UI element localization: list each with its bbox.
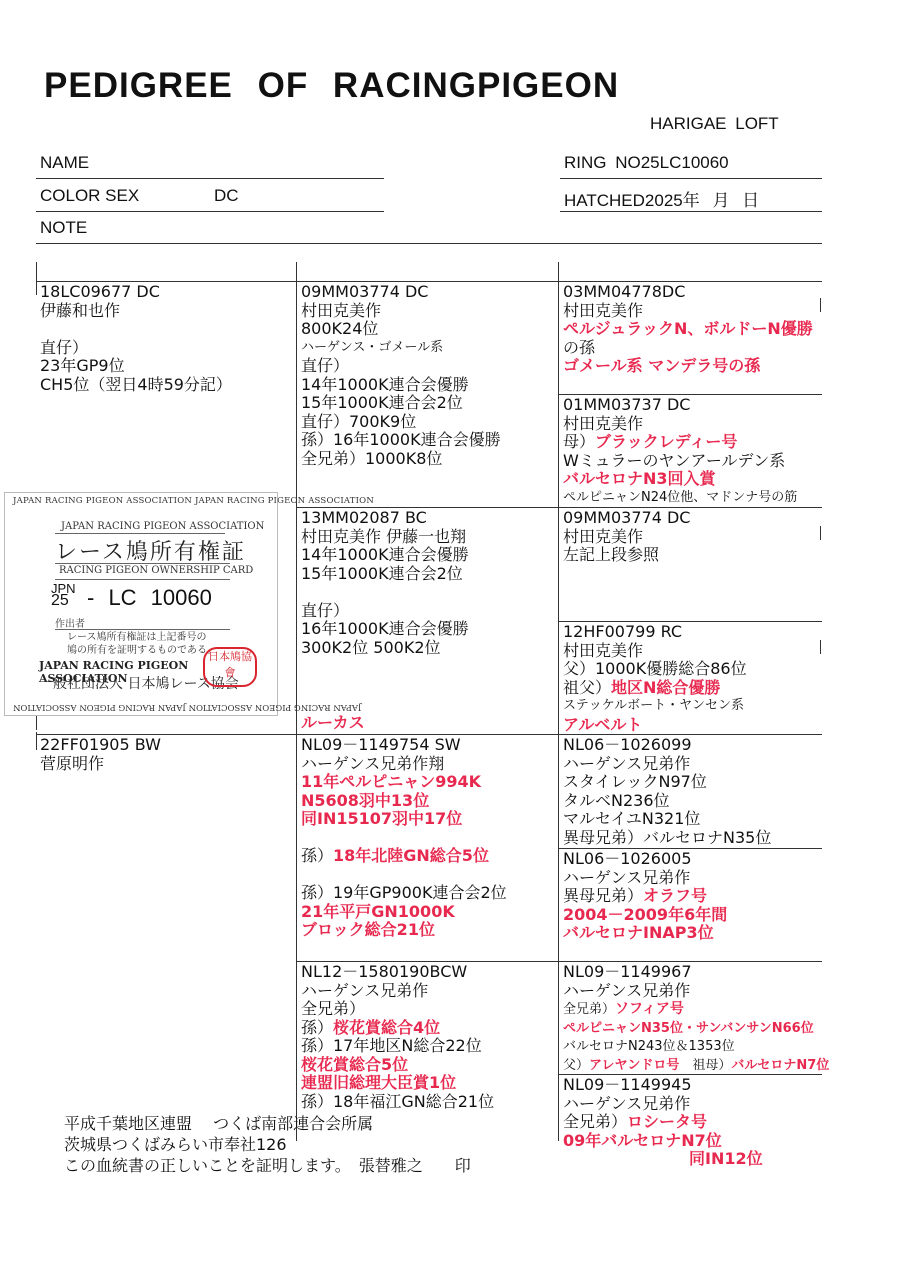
ring: 09MM03774 DC [563, 509, 690, 528]
text-line: 全兄弟）ソフィア号 [563, 1000, 829, 1020]
ring-number: RING NO25LC10060 [564, 153, 729, 173]
ds-sire-cell: NL06－1026099 ハーゲンス兄弟作 スタイレックN97位 タルベN236… [563, 736, 771, 847]
sire-breeder: 伊藤和也作 [40, 302, 232, 321]
text-small: ペルピニャンN24位他、マドンナ号の筋 [563, 489, 797, 508]
name-label: NAME [40, 153, 89, 173]
highlight: 11年ペルピニャン994K [301, 773, 507, 792]
text: の孫 [563, 339, 813, 358]
text: 全兄弟）1000K8位 [301, 450, 501, 469]
hatched-underline [560, 211, 822, 212]
highlight: ペルジュラックN、ボルドーN優勝 [563, 320, 813, 339]
prefix: 全兄弟） [563, 1112, 627, 1131]
spacer [301, 583, 469, 602]
highlight: ブラックレディー号 [595, 432, 737, 451]
dam-sire-cell: NL09－1149754 SW ハーゲンス兄弟作翔 11年ペルピニャン994K … [301, 736, 507, 940]
text: Wミュラーのヤンアールデン系 [563, 452, 797, 471]
dam-dam-cell: NL12－1580190BCW ハーゲンス兄弟作 全兄弟） 孫）桜花賞総合4位 … [301, 963, 494, 1111]
text: 左記上段参照 [563, 546, 690, 565]
text: 孫）16年1000K連合会優勝 [301, 431, 501, 450]
text: 15年1000K連合会2位 [301, 565, 469, 584]
ring: 13MM02087 BC [301, 509, 469, 528]
card-ring-number: - LC 10060 [87, 585, 212, 611]
hatched-date: HATCHED2025年 月 日 [564, 186, 759, 211]
ownership-card: JAPAN RACING PIGEON ASSOCIATION JAPAN RA… [4, 492, 278, 716]
highlight: ペルピニャンN35位・サンバンサンN66位 [563, 1020, 829, 1039]
highlight: 桜花賞総合4位 [333, 1018, 440, 1037]
sire-dam-name: ルーカス [301, 714, 365, 733]
ring: 12HF00799 RC [563, 623, 747, 642]
dam-breeder: 菅原明作 [40, 755, 161, 774]
card-rule [55, 563, 230, 564]
card-breeder-label: 作出者 [55, 615, 85, 630]
strain: ステッケルボート・ヤンセン系 [563, 697, 747, 716]
color-value: DC [214, 186, 239, 206]
ring: 03MM04778DC [563, 283, 813, 302]
text: タルベN236位 [563, 792, 771, 811]
highlight: 桜花賞総合5位 [301, 1056, 494, 1075]
text-line: 異母兄弟）オラフ号 [563, 887, 727, 906]
ring: NL06－1026099 [563, 736, 771, 755]
breeder: ハーゲンス兄弟作 [563, 1095, 763, 1114]
ring: NL12－1580190BCW [301, 963, 494, 982]
card-note-line: レース鳩所有権証は上記番号の [67, 632, 207, 643]
ss-dam-cell: 01MM03737 DC 村田克美作 母）ブラックレディー号 Wミュラーのヤンア… [563, 396, 797, 507]
ring: 09MM03774 DC [301, 283, 501, 302]
breeder: ハーゲンス兄弟作 [563, 869, 727, 888]
text: 14年1000K連合会優勝 [301, 546, 469, 565]
ring: NL09－1149945 [563, 1076, 763, 1095]
ds-dam-cell: NL06－1026005 ハーゲンス兄弟作 異母兄弟）オラフ号 2004－200… [563, 850, 727, 943]
text: 300K2位 500K2位 [301, 639, 469, 658]
highlight: 2004－2009年6年間 [563, 906, 727, 925]
prefix: 全兄弟） [563, 1002, 615, 1017]
card-border-text: JAPAN RACING PIGEON ASSOCIATION JAPAN RA… [13, 702, 361, 712]
highlight: 21年平戸GN1000K [301, 903, 507, 922]
text: 孫）19年GP900K連合会2位 [301, 884, 507, 903]
strain: ハーゲンス・ゴメール系 [301, 339, 501, 358]
sire-text: 23年GP9位 [40, 357, 232, 376]
loft-name: HARIGAE LOFT [650, 114, 779, 134]
grid-line [820, 526, 821, 540]
highlight: 地区N総合優勝 [611, 678, 720, 697]
text: 全兄弟） [301, 1000, 494, 1019]
text-line: 母）ブラックレディー号 [563, 433, 797, 452]
card-rule [55, 629, 230, 630]
pigeon-name: アルベルト [563, 716, 747, 735]
ring: 01MM03737 DC [563, 396, 797, 415]
footer-address: 茨城県つくばみらい市奉社126 [64, 1134, 471, 1155]
highlight: バルセロナINAP3位 [563, 924, 727, 943]
sire-dam-cell: 13MM02087 BC 村田克美作 伊藤一也翔 14年1000K連合会優勝 1… [301, 509, 469, 657]
prefix: 祖父） [563, 678, 611, 697]
text: スタイレックN97位 [563, 773, 771, 792]
card-note: レース鳩所有権証は上記番号の 鳩の所有を証明するものである。 [67, 631, 217, 657]
breeder: 村田克美作 [563, 642, 747, 661]
grid-line [820, 640, 821, 654]
ss-sire-cell: 03MM04778DC 村田克美作 ペルジュラックN、ボルドーN優勝 の孫 ゴメ… [563, 283, 813, 376]
grid-line [558, 281, 559, 1141]
text: 15年1000K連合会2位 [301, 394, 501, 413]
breeder: 村田克美作 伊藤一也翔 [301, 528, 469, 547]
breeder: 村田克美作 [563, 415, 797, 434]
highlight: 連盟旧総理大臣賞1位 [301, 1074, 494, 1093]
highlight: 09年バルセロナN7位 [563, 1132, 763, 1151]
highlight: ロシータ号 [627, 1112, 707, 1131]
card-note-line: 鳩の所有を証明するものである。 [67, 645, 217, 656]
footer-affiliation: 平成千葉地区連盟 つくば南部連合会所属 [64, 1113, 471, 1134]
sire-text: CH5位（翌日4時59分記） [40, 376, 232, 395]
sire-ring: 18LC09677 DC [40, 283, 232, 302]
grid-line [36, 714, 37, 730]
sd-sire-cell: 09MM03774 DC 村田克美作 左記上段参照 [563, 509, 690, 565]
text: バルセロナN243位＆1353位 [563, 1038, 829, 1057]
breeder: 村田克美作 [563, 528, 690, 547]
text-line: 全兄弟）ロシータ号 [563, 1113, 763, 1132]
highlight: アレヤンドロ号 [589, 1058, 679, 1073]
text: 直仔）700K9位 [301, 413, 501, 432]
card-title-en: RACING PIGEON OWNERSHIP CARD [59, 565, 253, 576]
text-line: 孫）18年北陸GN総合5位 [301, 847, 507, 866]
text-line: 祖父）地区N総合優勝 [563, 679, 747, 698]
card-border-text: JAPAN RACING PIGEON ASSOCIATION JAPAN RA… [13, 496, 374, 506]
text: 孫）17年地区N総合22位 [301, 1037, 494, 1056]
spacer [301, 866, 507, 885]
card-year: 25 [51, 592, 69, 609]
breeder: 村田克美作 [563, 302, 813, 321]
breeder: ハーゲンス兄弟作 [563, 982, 829, 1001]
dam-ring: 22FF01905 BW [40, 736, 161, 755]
ring-underline [560, 178, 822, 179]
prefix: 異母兄弟） [563, 886, 643, 905]
highlight: ブロック総合21位 [301, 921, 507, 940]
highlight: バルセロナN7位 [731, 1058, 829, 1073]
spacer [40, 320, 232, 339]
grid-line [820, 298, 821, 312]
card-rule [55, 533, 225, 534]
footer: 平成千葉地区連盟 つくば南部連合会所属 茨城県つくばみらい市奉社126 この血統… [64, 1113, 471, 1176]
color-sex-label: COLOR SEX [40, 186, 139, 206]
card-title-jp: レース鳩所有権証 [55, 535, 246, 566]
highlight: バルセロナN3回入賞 [563, 470, 797, 489]
text: 父）1000K優勝総合86位 [563, 660, 747, 679]
prefix: 父） [563, 1058, 589, 1073]
text: 直仔） [301, 602, 469, 621]
highlight: ゴメール系 マンデラ号の孫 [563, 357, 813, 376]
spacer [301, 829, 507, 848]
note-underline [36, 243, 822, 244]
color-underline [36, 211, 384, 212]
card-assoc-en: JAPAN RACING PIGEON ASSOCIATION [61, 521, 264, 532]
dd-dam-cell: NL09－1149945 ハーゲンス兄弟作 全兄弟）ロシータ号 09年バルセロナ… [563, 1076, 763, 1169]
text: 異母兄弟）バルセロナN35位 [563, 829, 771, 848]
breeder: 村田克美作 [301, 302, 501, 321]
breeder: ハーゲンス兄弟作 [563, 755, 771, 774]
sd-dam-cell: 12HF00799 RC 村田克美作 父）1000K優勝総合86位 祖父）地区N… [563, 623, 747, 734]
dam-cell: 22FF01905 BW 菅原明作 [40, 736, 161, 773]
highlight: 同IN12位 [563, 1150, 763, 1169]
highlight: 同IN15107羽中17位 [301, 810, 507, 829]
text: 直仔） [301, 357, 501, 376]
ring: NL09－1149754 SW [301, 736, 507, 755]
text: 800K24位 [301, 320, 501, 339]
prefix: 孫） [301, 1018, 333, 1037]
card-rule [55, 579, 230, 580]
footer-certification: この血統書の正しいことを証明します。 張替雅之 印 [64, 1155, 471, 1176]
text: 16年1000K連合会優勝 [301, 620, 469, 639]
highlight: N5608羽中13位 [301, 792, 507, 811]
breeder: ハーゲンス兄弟作 [301, 982, 494, 1001]
card-jpn: JPN 25 [51, 583, 76, 607]
text: 14年1000K連合会優勝 [301, 376, 501, 395]
seal-stamp: 日本鳩協會 [203, 647, 257, 687]
note-label: NOTE [40, 218, 87, 238]
prefix: 祖母） [679, 1058, 731, 1073]
text: 孫）18年福江GN総合21位 [301, 1093, 494, 1112]
prefix: 孫） [301, 846, 333, 865]
highlight: オラフ号 [643, 886, 707, 905]
sire-sire-cell: 09MM03774 DC 村田克美作 800K24位 ハーゲンス・ゴメール系 直… [301, 283, 501, 468]
highlight: 18年北陸GN総合5位 [333, 846, 489, 865]
prefix: 母） [563, 432, 595, 451]
ring: NL09－1149967 [563, 963, 829, 982]
dd-sire-cell: NL09－1149967 ハーゲンス兄弟作 全兄弟）ソフィア号 ペルピニャンN3… [563, 963, 829, 1075]
sire-cell: 18LC09677 DC 伊藤和也作 直仔） 23年GP9位 CH5位（翌日4時… [40, 283, 232, 394]
sire-text: 直仔） [40, 339, 232, 358]
text-line: 父）アレヤンドロ号 祖母）バルセロナN7位 [563, 1057, 829, 1076]
breeder: ハーゲンス兄弟作翔 [301, 755, 507, 774]
grid-line [36, 281, 37, 295]
document-title: PEDIGREE OF RACINGPIGEON [44, 66, 619, 106]
ring: NL06－1026005 [563, 850, 727, 869]
name-underline [36, 178, 384, 179]
text-line: 孫）桜花賞総合4位 [301, 1019, 494, 1038]
highlight: ソフィア号 [615, 1001, 684, 1017]
text: マルセイユN321位 [563, 810, 771, 829]
